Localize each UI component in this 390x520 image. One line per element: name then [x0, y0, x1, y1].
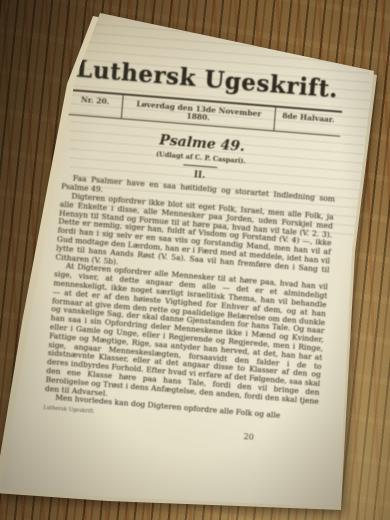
page-content: Luthersk Ugeskrift. Nr. 20. Løverdag den… — [42, 52, 345, 447]
issue-number: Nr. 20. — [67, 91, 124, 118]
footer-signature: Luthersk Ugeskrift. — [43, 405, 95, 415]
heading-divider-rule — [183, 165, 217, 169]
article-body: Faa Psalmer have en saa høitidelig og st… — [44, 174, 335, 424]
paragraph: At Digteren opfordrer alle Mennesker til… — [45, 262, 329, 416]
photo-of-periodical: Luthersk Ugeskrift. Nr. 20. Løverdag den… — [0, 0, 390, 520]
volume-label: 8de Halvaar. — [273, 108, 342, 136]
issue-date: Løverdag den 13de November 1880. — [122, 96, 275, 131]
